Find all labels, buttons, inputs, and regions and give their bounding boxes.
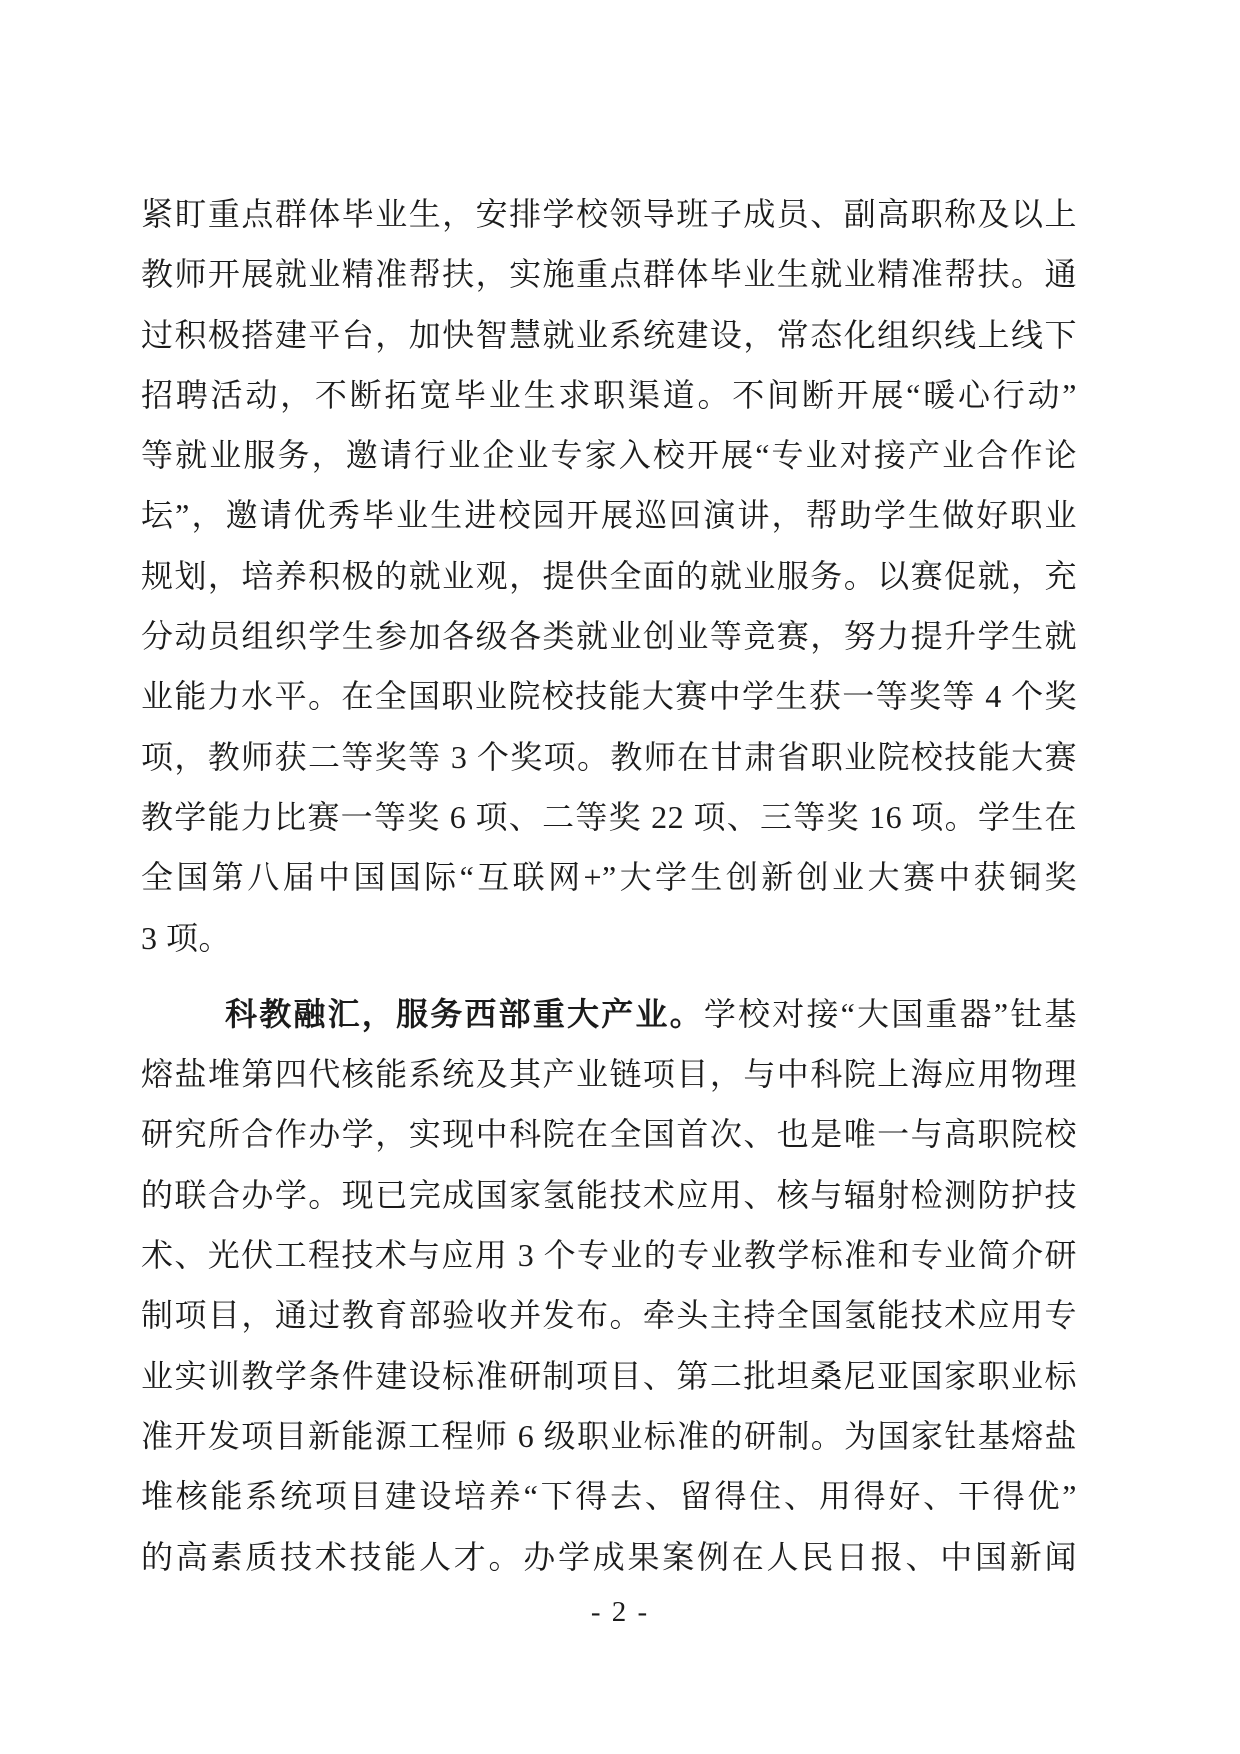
text-line: 熔盐堆第四代核能系统及其产业链项目，与中科院上海应用物理 xyxy=(141,1044,1077,1104)
page-number: - 2 - xyxy=(0,1594,1240,1630)
document-page: 紧盯重点群体毕业生，安排学校领导班子成员、副高职称及以上 教师开展就业精准帮扶，… xyxy=(0,0,1240,1754)
text-line: 等就业服务，邀请行业企业专家入校开展“专业对接产业合作论 xyxy=(141,425,1077,485)
text-line: 教学能力比赛一等奖 6 项、二等奖 22 项、三等奖 16 项。学生在 xyxy=(141,787,1077,847)
text-line: 术、光伏工程技术与应用 3 个专业的专业教学标准和专业简介研 xyxy=(141,1225,1077,1285)
paragraph-employment: 紧盯重点群体毕业生，安排学校领导班子成员、副高职称及以上 教师开展就业精准帮扶，… xyxy=(141,184,1077,968)
paragraph-science-education: 科教融汇，服务西部重大产业。学校对接“大国重器”钍基 熔盐堆第四代核能系统及其产… xyxy=(141,984,1077,1587)
page-body-text: 紧盯重点群体毕业生，安排学校领导班子成员、副高职称及以上 教师开展就业精准帮扶，… xyxy=(141,184,1077,1587)
text-line: 规划，培养积极的就业观，提供全面的就业服务。以赛促就，充 xyxy=(141,546,1077,606)
text-line: 业实训教学条件建设标准研制项目、第二批坦桑尼亚国家职业标 xyxy=(141,1346,1077,1406)
text-line: 研究所合作办学，实现中科院在全国首次、也是唯一与高职院校 xyxy=(141,1104,1077,1164)
text-line: 全国第八届中国国际“互联网+”大学生创新创业大赛中获铜奖 xyxy=(141,847,1077,907)
text-line: 业能力水平。在全国职业院校技能大赛中学生获一等奖等 4 个奖 xyxy=(141,666,1077,726)
text-line: 的高素质技术技能人才。办学成果案例在人民日报、中国新闻网、 xyxy=(141,1527,1077,1587)
text-line: 教师开展就业精准帮扶，实施重点群体毕业生就业精准帮扶。通 xyxy=(141,244,1077,304)
text-line: 制项目，通过教育部验收并发布。牵头主持全国氢能技术应用专 xyxy=(141,1285,1077,1345)
paragraph-lead-bold: 科教融汇，服务西部重大产业。 xyxy=(225,996,704,1032)
text-line: 过积极搭建平台，加快智慧就业系统建设，常态化组织线上线下 xyxy=(141,305,1077,365)
text-line: 3 项。 xyxy=(141,908,1077,968)
text-line: 项，教师获二等奖等 3 个奖项。教师在甘肃省职业院校技能大赛 xyxy=(141,727,1077,787)
text-line: 紧盯重点群体毕业生，安排学校领导班子成员、副高职称及以上 xyxy=(141,184,1077,244)
text-line: 堆核能系统项目建设培养“下得去、留得住、用得好、干得优” xyxy=(141,1466,1077,1526)
text-line: 坛”，邀请优秀毕业生进校园开展巡回演讲，帮助学生做好职业 xyxy=(141,485,1077,545)
text-line: 准开发项目新能源工程师 6 级职业标准的研制。为国家钍基熔盐 xyxy=(141,1406,1077,1466)
text-line: 的联合办学。现已完成国家氢能技术应用、核与辐射检测防护技 xyxy=(141,1165,1077,1225)
text-line: 分动员组织学生参加各级各类就业创业等竞赛，努力提升学生就 xyxy=(141,606,1077,666)
text-line: 招聘活动，不断拓宽毕业生求职渠道。不间断开展“暖心行动” xyxy=(141,365,1077,425)
text-line: 科教融汇，服务西部重大产业。学校对接“大国重器”钍基 xyxy=(141,984,1077,1044)
text-run: 学校对接“大国重器”钍基 xyxy=(704,996,1077,1032)
